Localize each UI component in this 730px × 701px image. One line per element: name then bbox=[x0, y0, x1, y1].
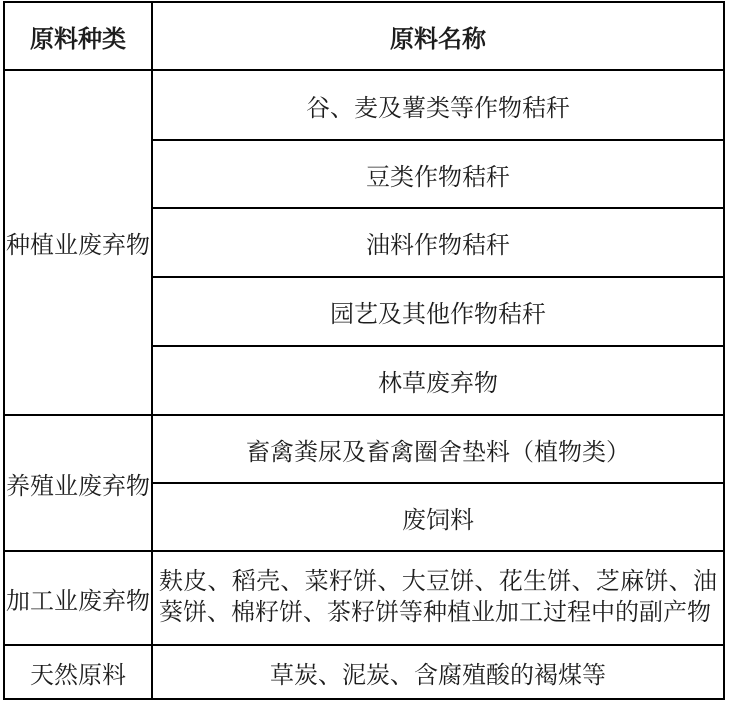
item-cell-processing-byproducts: 麸皮、稻壳、菜籽饼、大豆饼、花生饼、芝麻饼、油葵饼、棉籽饼、茶籽饼等种植业加工过… bbox=[152, 551, 724, 645]
raw-materials-table: 原料种类 原料名称 种植业废弃物 谷、麦及薯类等作物秸秆 豆类作物秸秆 油料作物… bbox=[3, 1, 725, 700]
item-cell-waste-feed: 废饲料 bbox=[152, 483, 724, 551]
item-cell-grain-straw: 谷、麦及薯类等作物秸秆 bbox=[152, 70, 724, 140]
item-cell-forest-grass-waste: 林草废弃物 bbox=[152, 346, 724, 415]
header-cell-material-type: 原料种类 bbox=[4, 2, 152, 70]
group-cell-natural-material: 天然原料 bbox=[4, 645, 152, 699]
table-row: 养殖业废弃物 畜禽粪尿及畜禽圈舍垫料（植物类） bbox=[4, 415, 724, 483]
group-cell-breeding-waste: 养殖业废弃物 bbox=[4, 415, 152, 551]
item-cell-horticulture-straw: 园艺及其他作物秸秆 bbox=[152, 277, 724, 346]
item-cell-manure-bedding: 畜禽粪尿及畜禽圈舍垫料（植物类） bbox=[152, 415, 724, 483]
table-row: 加工业废弃物 麸皮、稻壳、菜籽饼、大豆饼、花生饼、芝麻饼、油葵饼、棉籽饼、茶籽饼… bbox=[4, 551, 724, 645]
table-row: 天然原料 草炭、泥炭、含腐殖酸的褐煤等 bbox=[4, 645, 724, 699]
item-cell-bean-straw: 豆类作物秸秆 bbox=[152, 140, 724, 208]
item-cell-oil-crop-straw: 油料作物秸秆 bbox=[152, 208, 724, 277]
header-cell-material-name: 原料名称 bbox=[152, 2, 724, 70]
item-cell-peat-lignite: 草炭、泥炭、含腐殖酸的褐煤等 bbox=[152, 645, 724, 699]
group-cell-processing-waste: 加工业废弃物 bbox=[4, 551, 152, 645]
group-cell-planting-waste: 种植业废弃物 bbox=[4, 70, 152, 415]
table-header-row: 原料种类 原料名称 bbox=[4, 2, 724, 70]
table-row: 种植业废弃物 谷、麦及薯类等作物秸秆 bbox=[4, 70, 724, 140]
